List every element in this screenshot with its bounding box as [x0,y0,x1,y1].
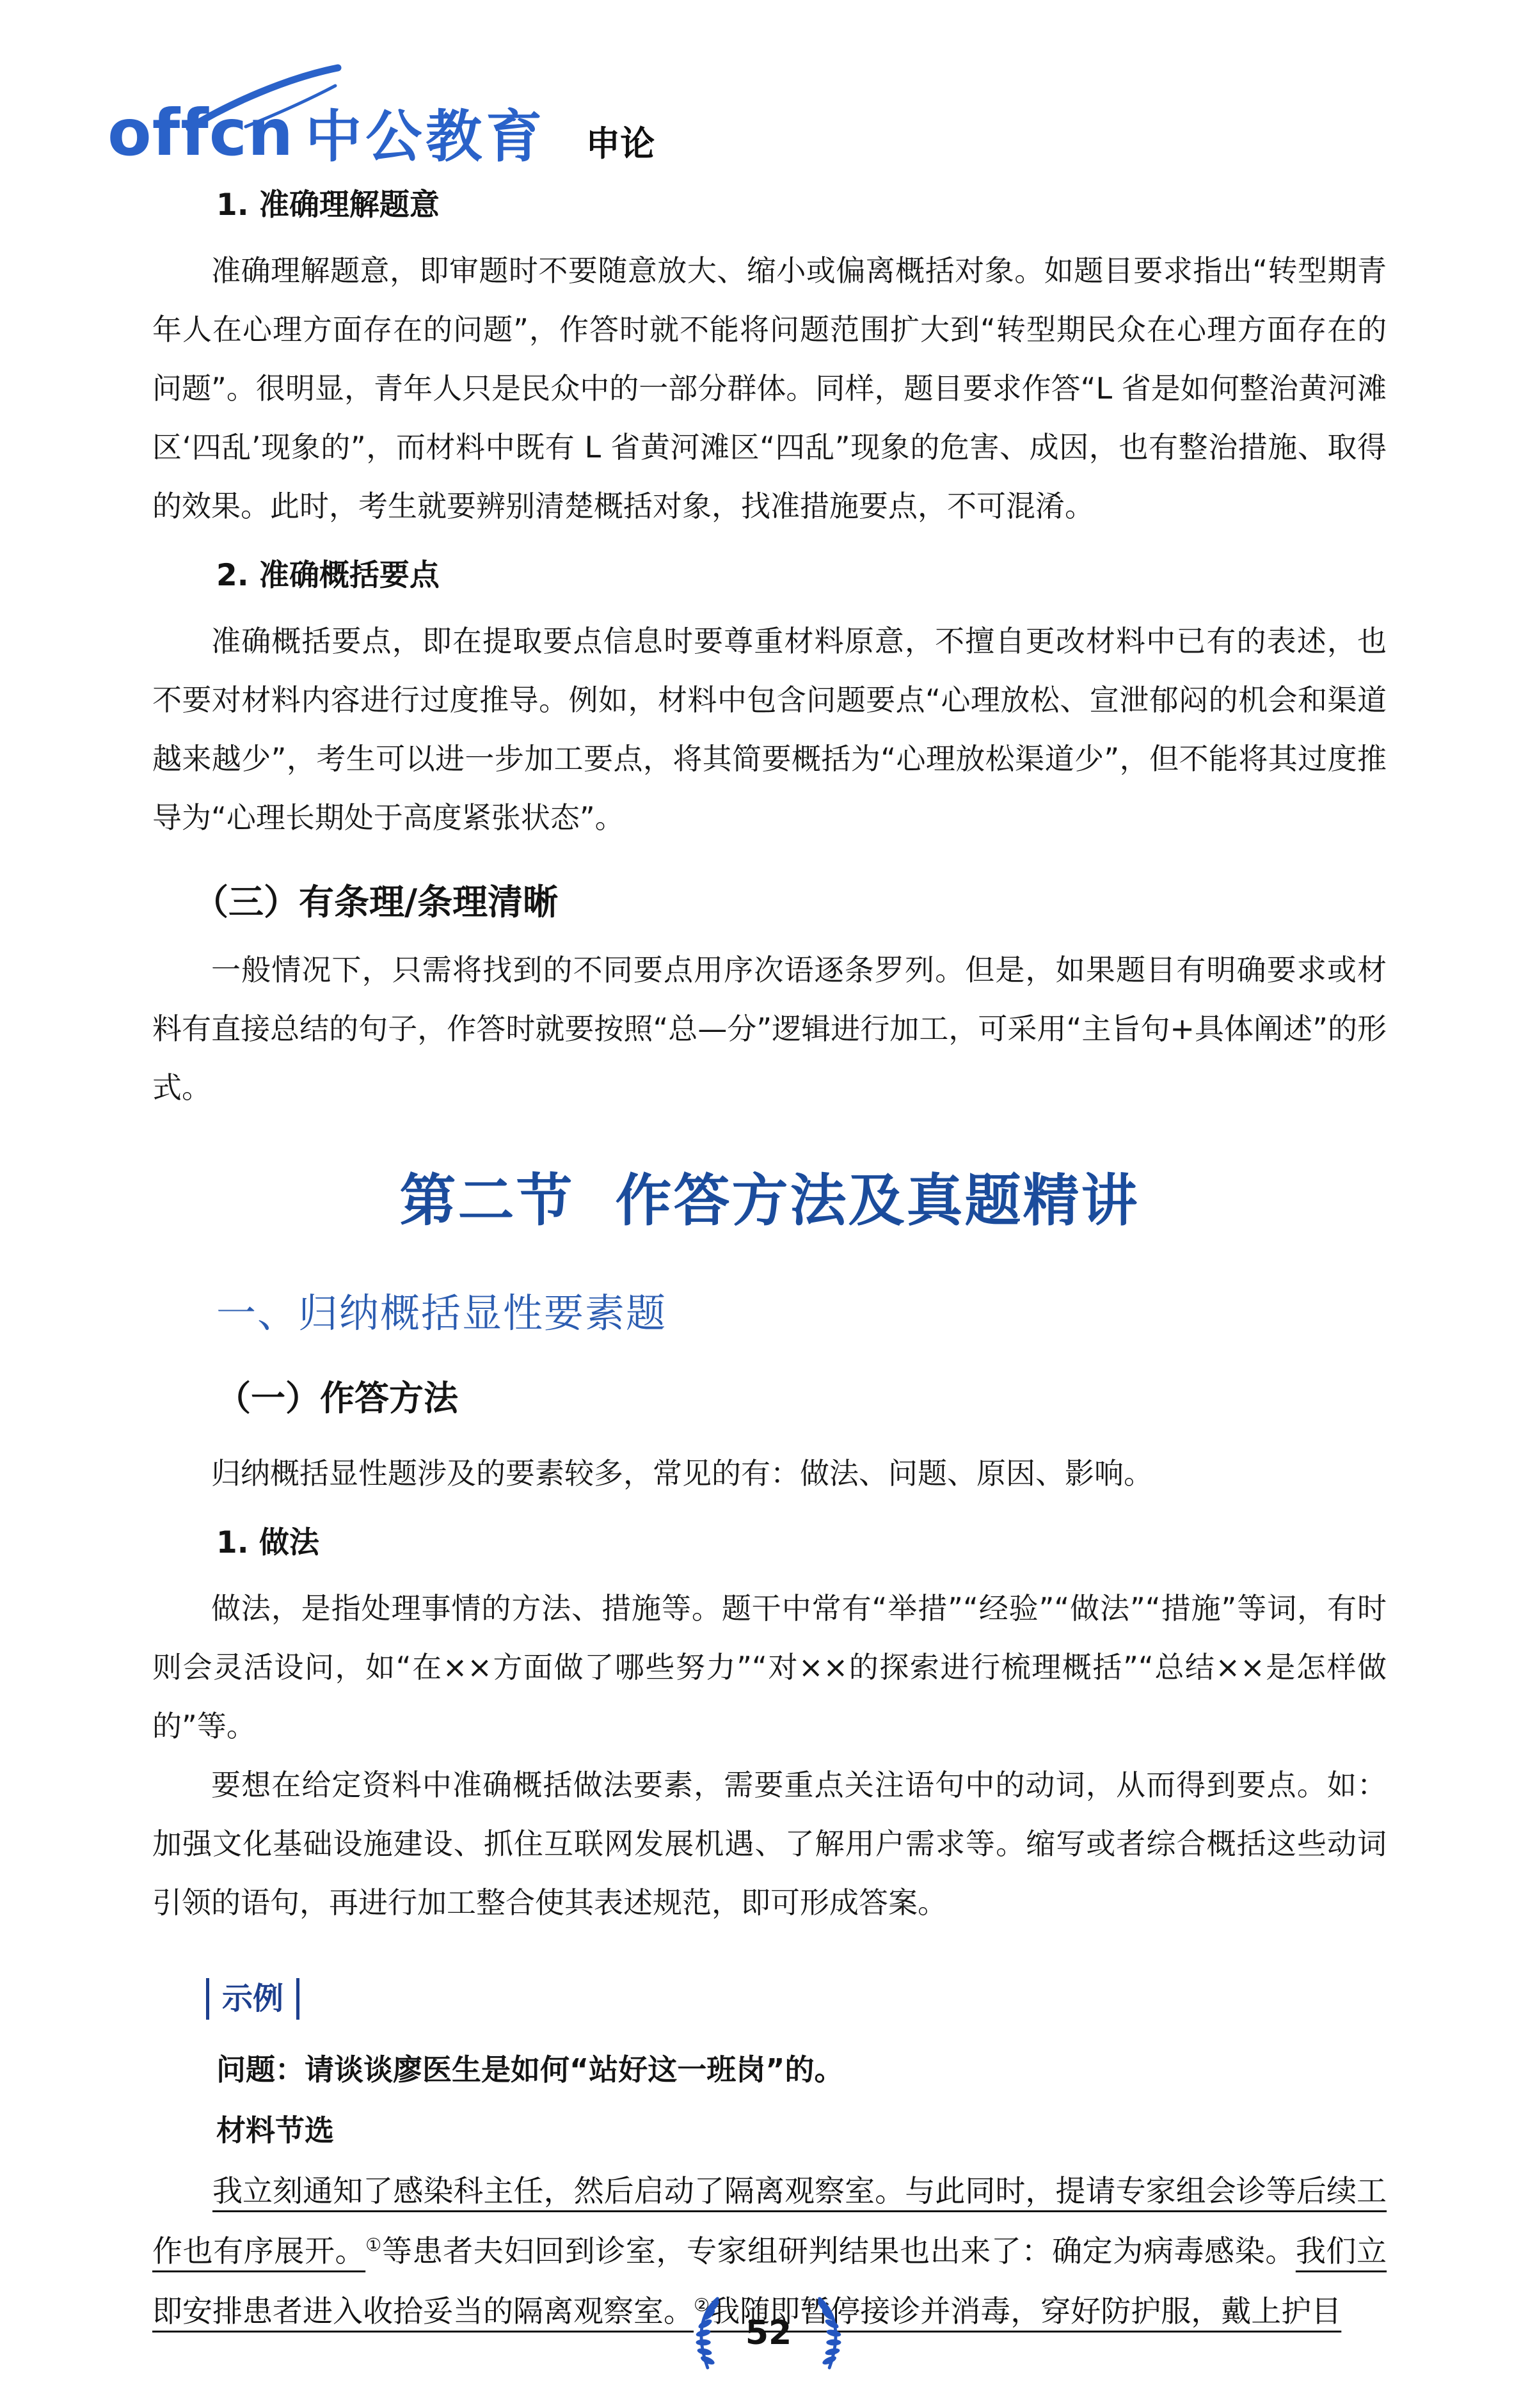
book-page: offcn 中公教育 申论 1. 准确理解题意 准确理解题意，即审题时不要随意放… [0,0,1537,2408]
subheading-answer-method: （一）作答方法 [216,1378,1387,1420]
page-footer: 52 [0,2295,1537,2371]
offcn-logo: offcn 中公教育 [108,101,546,165]
laurel-left-icon [687,2295,724,2371]
paragraph-summarize: 准确概括要点，即在提取要点信息时要尊重材料原意，不擅自更改材料中已有的表述，也不… [152,612,1387,847]
page-number: 52 [745,2317,792,2350]
example-question: 问题：请谈谈廖医生是如何“站好这一班岗”的。 [216,2048,1387,2092]
section-title-text: 作答方法及真题精讲 [616,1168,1140,1233]
section-number: 第二节 [399,1168,574,1233]
page-content: 1. 准确理解题意 准确理解题意，即审题时不要随意放大、缩小或偏离概括对象。如题… [0,187,1537,2342]
paragraph-practice-2: 要想在给定资料中准确概括做法要素，需要重点关注语句中的动词，从而得到要点。如：加… [152,1755,1387,1932]
brand-header: offcn 中公教育 申论 [108,69,1537,165]
example-label: 示例 [206,1978,299,2020]
heading-practice: 1. 做法 [216,1525,1387,1562]
logo-swoosh-icon [184,64,344,131]
paragraph-practice-1: 做法，是指处理事情的方法、措施等。题干中常有“举措”“经验”“做法”“措施”等词… [152,1579,1387,1755]
heading-summarize: 2. 准确概括要点 [216,557,1387,595]
material-plain-1: 等患者夫妇回到诊室，专家组研判结果也出来了：确定为病毒感染。 [382,2234,1296,2269]
paragraph-elements: 归纳概括显性题涉及的要素较多，常见的有：做法、问题、原因、影响。 [152,1444,1387,1503]
paragraph-organized: 一般情况下，只需将找到的不同要点用序次语逐条罗列。但是，如果题目有明确要求或材料… [152,940,1387,1117]
subject-label: 申论 [585,127,655,165]
material-footnote-1: ① [365,2234,382,2255]
laurel-right-icon [813,2295,850,2371]
material-excerpt-label: 材料节选 [216,2109,1387,2153]
heading-organized: （三）有条理/条理清晰 [193,880,1387,924]
example-block: 示例 [206,1978,1387,2020]
subheading-display-elements: 一、归纳概括显性要素题 [216,1290,1387,1337]
paragraph-understand: 准确理解题意，即审题时不要随意放大、缩小或偏离概括对象。如题目要求指出“转型期青… [152,241,1387,535]
section-title: 第二节作答方法及真题精讲 [152,1167,1387,1235]
heading-understand: 1. 准确理解题意 [216,187,1387,225]
